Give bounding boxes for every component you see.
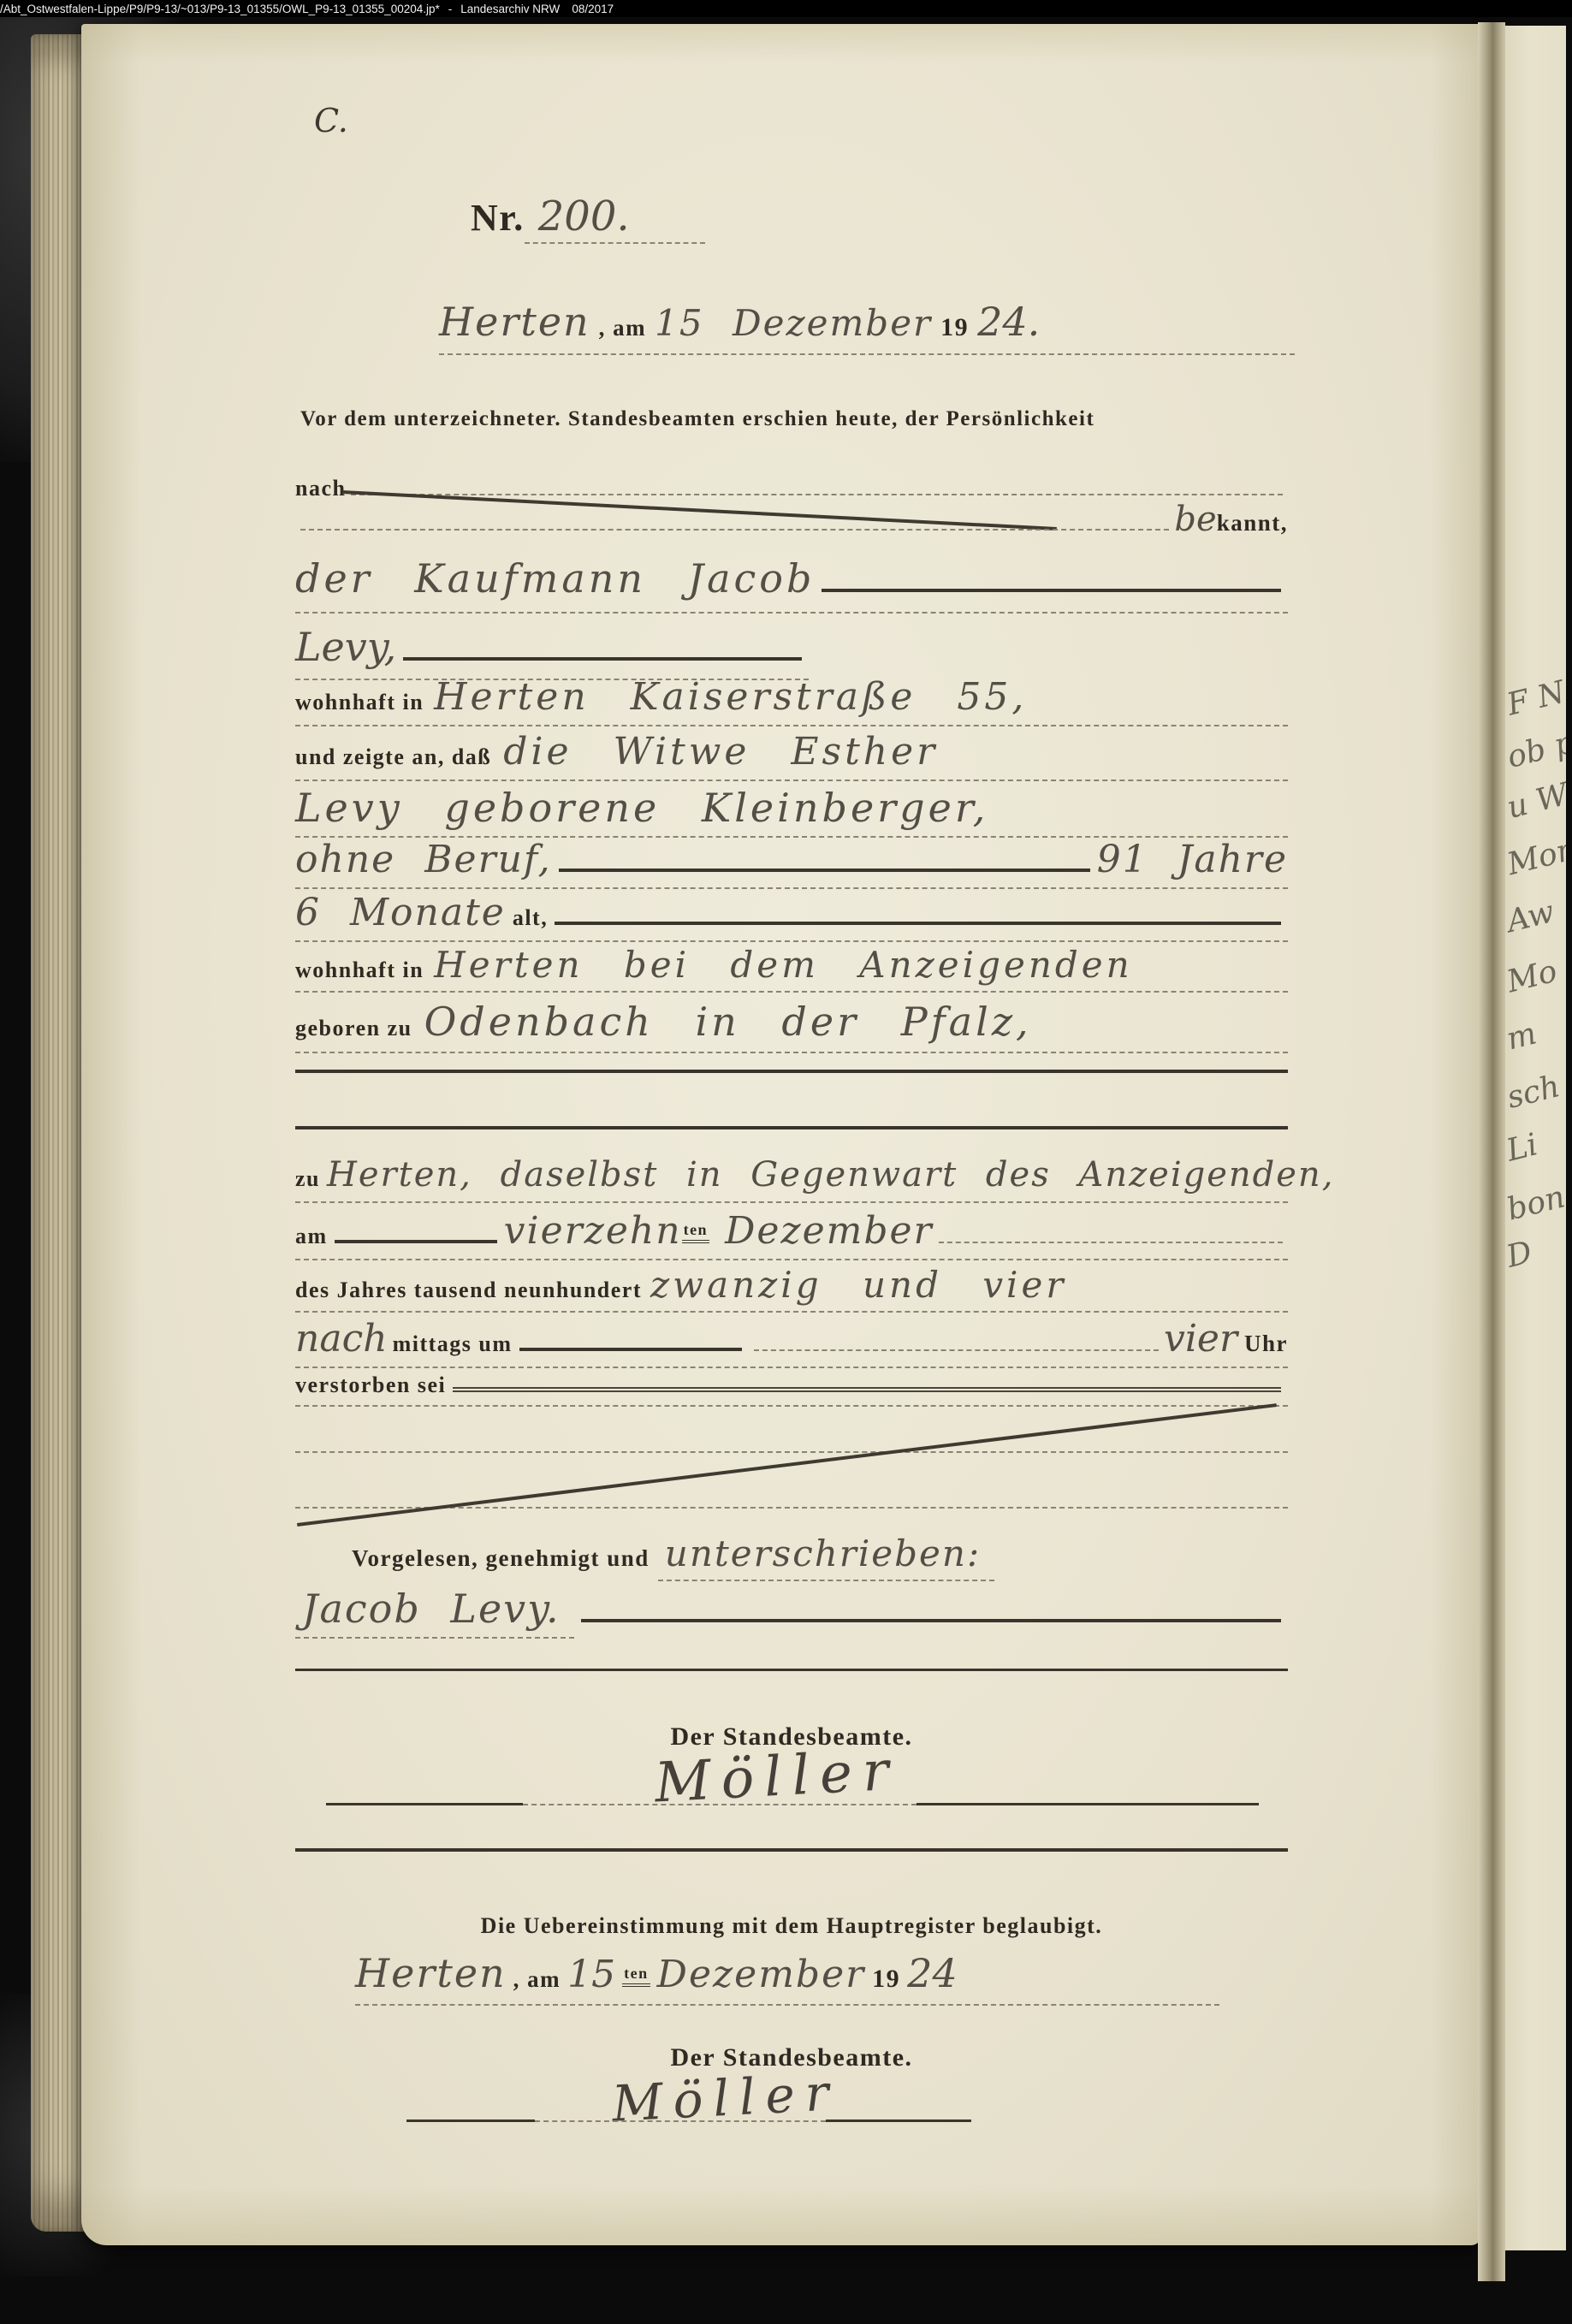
known-print: kannt, (1217, 510, 1288, 537)
time-label: mittags um (393, 1331, 513, 1357)
handwriting-fragment: Mo (1505, 954, 1561, 1000)
line-segment (535, 2119, 826, 2122)
cert-year-hand: 24 (907, 1951, 958, 1996)
handwriting-fragment: bon (1505, 1179, 1566, 1227)
declarant-signature-row: Jacob Levy. (295, 1586, 1288, 1639)
death-year-label: des Jahres tausend neunhundert (295, 1278, 642, 1303)
intro-line1: Vor dem unterzeichneter. Standesbeamten … (300, 407, 1094, 432)
death-place: Herten, daselbst in Gegenwart des Anzeig… (327, 1155, 1334, 1195)
dateline-row: Herten , am 15 Dezember 19 24. (439, 299, 1295, 355)
alt-label: alt, (513, 905, 548, 931)
deceased-residence: Herten bei dem Anzeigenden (434, 945, 1133, 986)
death-time-row: nach mittags um vier Uhr (295, 1318, 1288, 1368)
signature-line (406, 2119, 971, 2122)
report-label: und zeigte an, daß (295, 744, 491, 770)
line-segment (917, 1802, 1259, 1805)
line-segment (826, 2119, 971, 2122)
record-number-label: Nr. (471, 197, 525, 240)
blank-line (300, 529, 1169, 531)
right-page-scan: F N ob p u W Mon Aw Mo m sch Li bon D (1505, 26, 1566, 2250)
handwriting-fragment: m (1505, 1016, 1540, 1057)
signature-line (326, 1802, 1259, 1805)
nach-label: nach (295, 476, 346, 501)
death-day: vierzehn (504, 1210, 682, 1254)
corner-mark: C. (314, 103, 348, 140)
death-place-label: zu (295, 1166, 320, 1192)
filler-line (581, 1619, 1281, 1622)
handwriting-fragment: sch (1505, 1069, 1563, 1116)
filler-line-double (453, 1387, 1281, 1392)
titlebar: /Abt_Ostwestfalen-Lippe/P9/P9-13/~013/P9… (0, 0, 1572, 17)
filler-line (559, 869, 1090, 872)
filler-line (555, 922, 1281, 925)
record-number-row: Nr. 200. (471, 193, 705, 244)
birthplace-label: geboren zu (295, 1016, 412, 1041)
closing-row: Vorgelesen, genehmigt und unterschrieben… (295, 1533, 1288, 1581)
time-unit: Uhr (1244, 1331, 1288, 1357)
cert-place: Herten (355, 1951, 507, 1996)
filler-line (335, 1240, 497, 1243)
cert-year-print: 19 (872, 1965, 900, 1995)
handwriting-fragment: D (1505, 1235, 1535, 1275)
handwriting-fragment: F N (1505, 674, 1566, 722)
death-day-label: am (295, 1224, 328, 1249)
dateline-year-hand: 24. (977, 299, 1040, 345)
filler-line (822, 589, 1281, 592)
main-page-scan: C. Nr. 200. Herten , am 15 Dezember 19 2… (81, 24, 1481, 2245)
death-year: zwanzig und vier (650, 1265, 1066, 1306)
dateline-year-print: 19 (940, 313, 969, 343)
title-separator: - (440, 3, 461, 15)
deceased-name-row: Levy geborene Kleinberger, (295, 786, 1288, 838)
archive-scan-viewer: { "titlebar": { "file_path": "/Abt_Ostwe… (0, 0, 1572, 2324)
death-month: Dezember (725, 1210, 934, 1254)
line-segment (523, 1803, 917, 1805)
cert-day-suffix: ten (622, 1965, 650, 1987)
age-months-row: 6 Monate alt, (295, 892, 1288, 942)
dateline-place: Herten (439, 299, 590, 345)
deceased-residence-row: wohnhaft in Herten bei dem Anzeigenden (295, 945, 1288, 993)
blank-rule-2 (295, 1126, 1288, 1129)
registrar-signature-block-1: Möller (295, 1746, 1288, 1835)
cert-month: Dezember (657, 1953, 866, 1997)
declarant-row-2: Levy, (295, 625, 809, 680)
certification-dateline: Herten , am 15 ten Dezember 19 24 (355, 1951, 1219, 2006)
time-prefix: nach (295, 1318, 388, 1361)
birthplace: Odenbach in der Pfalz, (424, 999, 1032, 1045)
record-number-value: 200. (525, 193, 705, 244)
deceased-name-2: Levy geborene Kleinberger, (295, 786, 988, 831)
blank-rule-1 (295, 1070, 1288, 1073)
cert-day: 15 (567, 1953, 615, 1997)
declarant-residence-row: wohnhaft in Herten Kaiserstraße 55, (295, 676, 1288, 726)
deceased-verb-row: verstorben sei (295, 1372, 1288, 1407)
book-gutter (1478, 22, 1505, 2281)
verb-label: verstorben sei (295, 1372, 446, 1398)
report-row: und zeigte an, daß die Witwe Esther (295, 731, 1288, 781)
age-months: 6 Monate (295, 892, 506, 935)
handwriting-fragment: Aw (1505, 894, 1557, 940)
intro-known-row: be kannt, (295, 500, 1288, 539)
archive-date: 08/2017 (560, 3, 614, 15)
death-day-row: am vierzehn ten Dezember (295, 1210, 1288, 1260)
known-hand: be (1174, 500, 1216, 539)
line-segment (406, 2119, 535, 2122)
archive-name: Landesarchiv NRW (460, 3, 560, 15)
declarant-row-1: der Kaufmann Jacob (295, 556, 1288, 614)
cert-am-label: , am (513, 1966, 561, 1993)
declarant-residence: Herten Kaiserstraße 55, (434, 676, 1027, 720)
line-segment (326, 1802, 523, 1805)
blank-line (939, 1242, 1283, 1243)
blank-dashed-line-1 (295, 1451, 1288, 1453)
registrar-signature-block-2: Möller (295, 2069, 1288, 2148)
handwriting-fragment: u W (1505, 777, 1566, 826)
residence-label: wohnhaft in (295, 690, 424, 715)
dateline-am-label: , am (599, 315, 647, 341)
filler-line (519, 1348, 742, 1351)
death-day-suffix: ten (682, 1221, 710, 1243)
certification-text: Die Uebereinstimmung mit dem Hauptregist… (295, 1913, 1288, 1939)
signed-hand: unterschrieben: (658, 1533, 994, 1581)
occupation-age-row: ohne Beruf, 91 Jahre (295, 839, 1288, 889)
deceased-name-1: die Witwe Esther (503, 731, 938, 774)
read-approved-label: Vorgelesen, genehmigt und (352, 1545, 650, 1572)
declarant-signature: Jacob Levy. (295, 1586, 574, 1639)
section-rule-1 (295, 1669, 1288, 1671)
blank-line (351, 494, 1283, 495)
dateline-day-month: 15 Dezember (655, 303, 932, 344)
occupation: ohne Beruf, (295, 839, 552, 882)
handwriting-fragment: ob p (1505, 725, 1566, 775)
file-path: /Abt_Ostwestfalen-Lippe/P9/P9-13/~013/P9… (0, 3, 440, 15)
blank-line (754, 1349, 1159, 1351)
handwriting-fragment: Mon (1505, 832, 1566, 883)
death-place-row: zu Herten, daselbst in Gegenwart des Anz… (295, 1155, 1288, 1203)
residence-label-2: wohnhaft in (295, 957, 424, 983)
section-rule-2 (295, 1848, 1288, 1852)
death-year-row: des Jahres tausend neunhundert zwanzig u… (295, 1265, 1288, 1313)
birthplace-row: geboren zu Odenbach in der Pfalz, (295, 999, 1288, 1053)
handwriting-fragment: Li (1505, 1127, 1541, 1168)
age-years: 91 Jahre (1097, 839, 1288, 882)
death-time: vier (1164, 1318, 1237, 1361)
registrar-signature-2: Möller (610, 2063, 840, 2133)
filler-line (403, 657, 802, 661)
